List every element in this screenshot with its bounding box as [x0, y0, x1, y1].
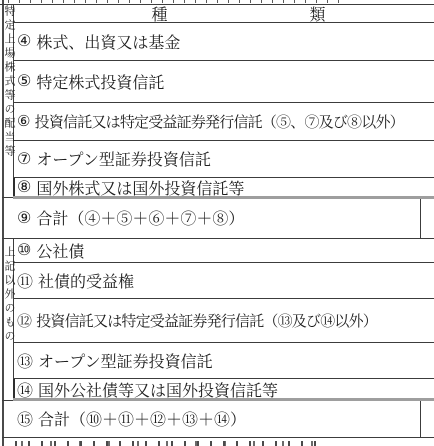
- row-label: オープン型証券投資信託: [36, 147, 211, 170]
- row-circled-number: ⑨: [17, 208, 31, 228]
- table-row-12: ⑫ 投資信託又は特定受益証券発行信託（⑬及び⑭以外）: [13, 298, 434, 342]
- row-label: 公社債: [36, 239, 84, 262]
- row-circled-number: ④: [17, 31, 31, 51]
- row-circled-number: ⑥: [17, 112, 30, 131]
- row-label: 株式、出資又は基金: [36, 30, 180, 53]
- row-label: オープン型証券投資信託: [38, 349, 213, 372]
- table-row-6: ⑥ 投資信託又は特定受益証券発行信託（⑤、⑦及び⑧以外）: [13, 102, 434, 140]
- row-circled-number: ⑧: [17, 177, 31, 197]
- row-label: 投資信託又は特定受益証券発行信託（⑬及び⑭以外）: [36, 310, 377, 331]
- table-row-8: ⑧ 国外株式又は国外投資信託等: [13, 177, 434, 197]
- row-circled-number: ⑦: [17, 149, 31, 169]
- table-row-14: ⑭ 国外公社債等又は国外投資信託等: [13, 378, 434, 400]
- row-circled-number: ⑭: [17, 378, 33, 400]
- clipped-bottom-row-marks: [15, 441, 325, 446]
- payment-notice-type-table: 種 類 特定上場株式等の配当等 上記以外のもの ④ 株式、出資又は基金 ⑤ 特定…: [0, 0, 434, 446]
- row-circled-number: ⑫: [17, 310, 31, 331]
- row-circled-number: ⑪: [17, 269, 33, 292]
- row15-bottom-rule: [2, 437, 434, 438]
- table-row-9-total: ⑨ 合計（④＋⑤＋⑥＋⑦＋⑧）: [2, 197, 434, 238]
- row-label: 国外公社債等又は国外投資信託等: [38, 378, 278, 400]
- row-circled-number: ⑬: [17, 349, 33, 372]
- table-row-11: ⑪ 社債的受益権: [13, 262, 434, 298]
- row-circled-number: ⑮: [17, 407, 33, 430]
- row-label: 特定株式投資信託: [36, 70, 164, 93]
- table-row-5: ⑤ 特定株式投資信託: [13, 60, 434, 102]
- clipped-top-row-marks: [8, 0, 340, 3]
- row-circled-number: ⑤: [17, 71, 31, 91]
- table-header-type: 種 類: [13, 4, 434, 22]
- row-label: 合計（⑩＋⑪＋⑫＋⑬＋⑭）: [38, 407, 246, 430]
- row-label: 国外株式又は国外投資信託等: [36, 177, 244, 197]
- table-row-7: ⑦ オープン型証券投資信託: [13, 140, 434, 177]
- row-circled-number: ⑩: [17, 240, 31, 260]
- table-row-15-total: ⑮ 合計（⑩＋⑪＋⑫＋⑬＋⑭）: [2, 400, 434, 437]
- row-label: 社債的受益権: [38, 269, 134, 292]
- table-row-13: ⑬ オープン型証券投資信託: [13, 342, 434, 378]
- row-label: 投資信託又は特定受益証券発行信託（⑤、⑦及び⑧以外）: [35, 111, 404, 132]
- row-label: 合計（④＋⑤＋⑥＋⑦＋⑧）: [36, 206, 244, 229]
- table-row-10: ⑩ 公社債: [13, 238, 434, 262]
- table-row-4: ④ 株式、出資又は基金: [13, 22, 434, 60]
